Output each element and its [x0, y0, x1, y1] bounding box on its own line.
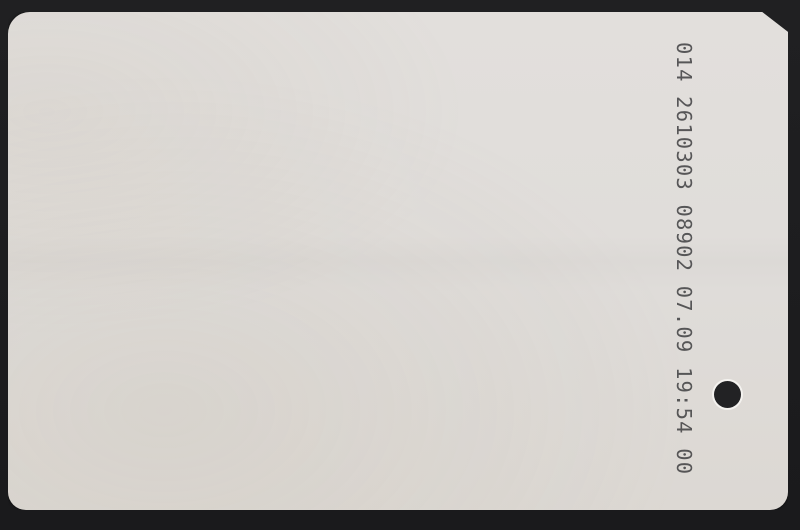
punch-hole	[714, 381, 741, 408]
ticket-card: 014 2610303 08902 07.09 19:54 00	[8, 12, 788, 510]
printed-code-line: 014 2610303 08902 07.09 19:54 00	[672, 42, 696, 475]
photo-scene: 014 2610303 08902 07.09 19:54 00	[0, 0, 800, 530]
